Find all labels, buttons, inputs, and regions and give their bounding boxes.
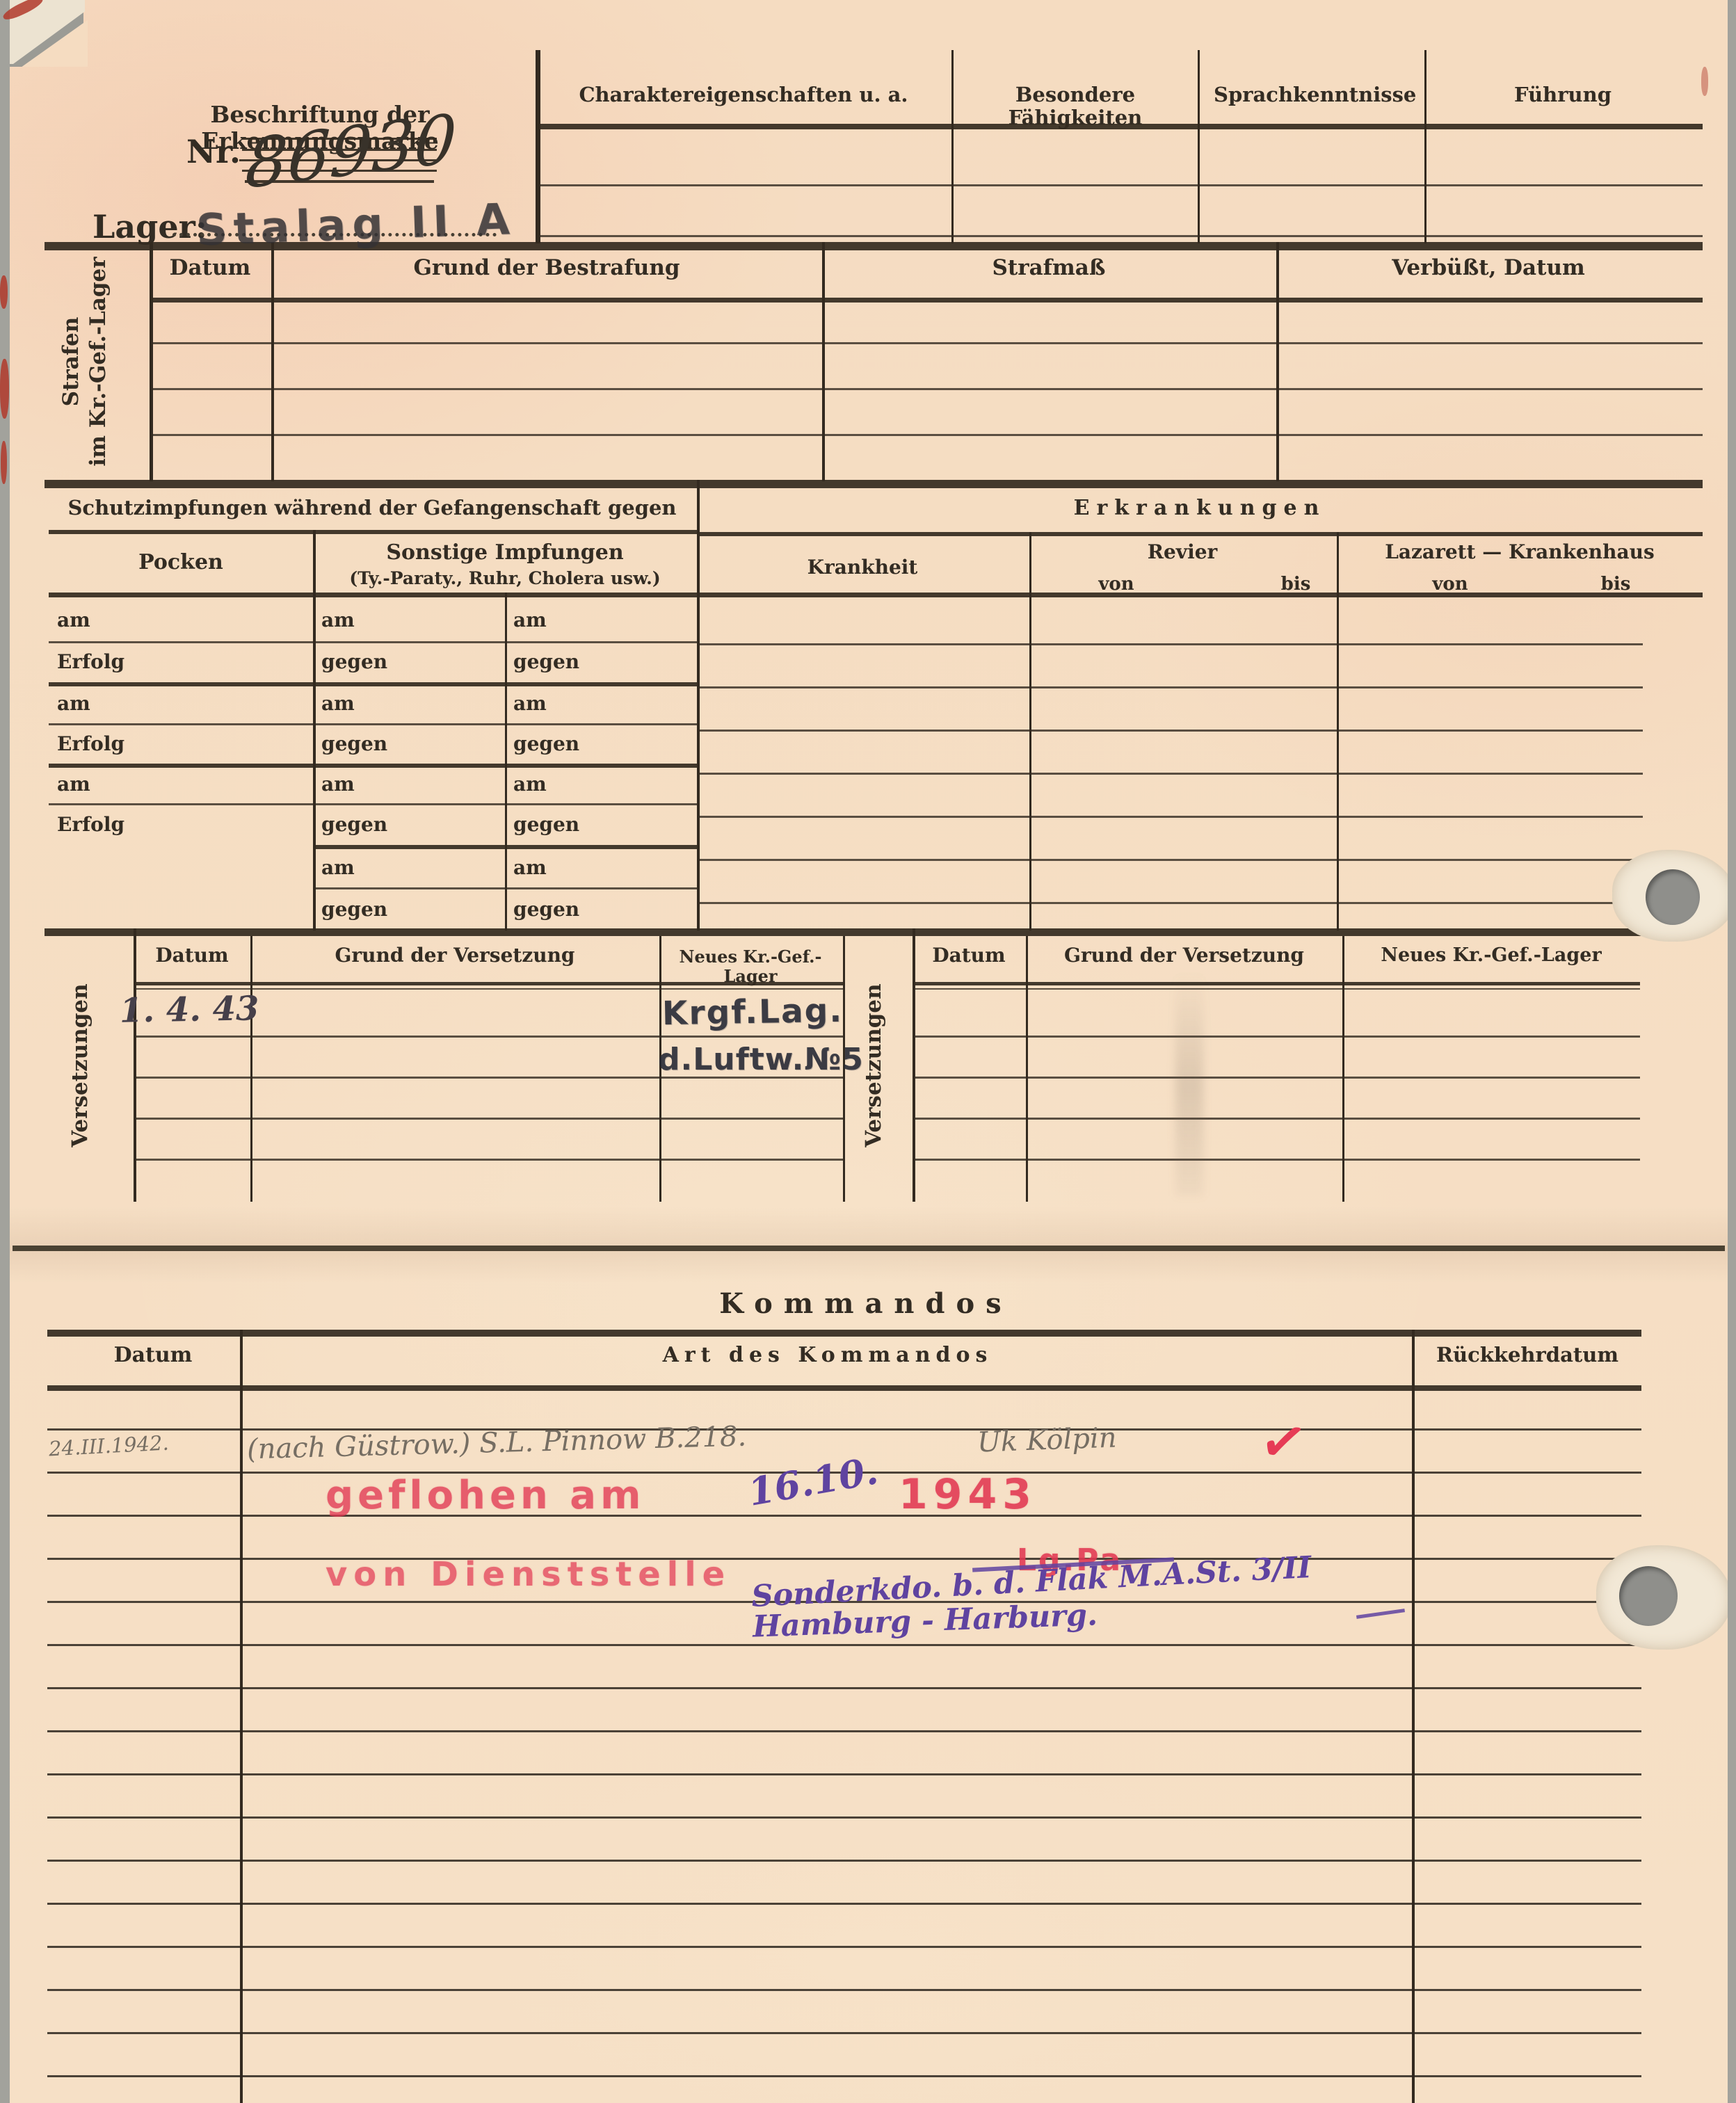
transfers-left-divider [250, 936, 252, 1202]
vaccinations-header-divider [313, 530, 316, 593]
transfers-right-col-reason: Grund der Versetzung [1029, 944, 1339, 967]
vacc-label: am [57, 693, 90, 715]
vacc-label: Erfolg [57, 814, 124, 836]
vacc-label: Erfolg [57, 651, 124, 673]
vacc-label: am [57, 773, 90, 796]
idtag-nr-label: Nr. [186, 134, 241, 170]
transfer-entry-stamp-line2: d.Luftw.№5 [658, 1042, 864, 1077]
punishments-divider [271, 242, 274, 481]
transfers-left-row-line [134, 1118, 844, 1120]
punishments-row-line [150, 434, 1703, 436]
transfers-right-divider [1342, 936, 1344, 1202]
punishments-col-measure: Strafmaß [840, 256, 1257, 281]
illnesses-col-illness: Krankheit [730, 556, 995, 579]
vacc-label: gegen [513, 733, 579, 755]
vacc-row-line-thick [313, 845, 697, 849]
transfers-left-header-rule [134, 982, 844, 985]
illnesses-col-ward: Revier [1078, 541, 1287, 563]
illness-row-line [697, 643, 1643, 645]
transfer-entry-stamp-line1: Krgf.Lag. [662, 992, 844, 1033]
vacc-label: am [321, 773, 355, 796]
punishments-divider [822, 242, 825, 481]
illness-row-line [697, 902, 1643, 904]
red-edge-mark [1, 441, 7, 484]
kommandos-col-date: Datum [70, 1344, 236, 1368]
subheader-rule [49, 593, 1703, 597]
vacc-row-line-thick [49, 682, 697, 686]
transfers-right-header-rule [913, 982, 1640, 985]
transfers-right-header-rule2 [913, 988, 1640, 990]
transfers-left-row-line [134, 1036, 844, 1038]
illness-row-line [697, 773, 1643, 775]
transfers-right-row-line [913, 1077, 1640, 1079]
punishments-row-line [150, 388, 1703, 390]
punishments-col-date: Datum [151, 256, 269, 281]
hole-punch [1646, 869, 1700, 925]
punishments-side-label: Strafen im Kr.-Gef.-Lager [58, 243, 120, 480]
vacc-label: gegen [321, 814, 387, 836]
vaccinations-col-pox: Pocken [83, 551, 278, 575]
transfers-right-border [913, 928, 915, 1202]
escape-year-stamp: 1943 [899, 1470, 1037, 1519]
side-label-line2: im Kr.-Gef.-Lager [86, 257, 111, 466]
assessment-divider [1424, 50, 1426, 243]
illness-row-line [697, 816, 1643, 818]
transfers-right-col-camp: Neues Kr.-Gef.-Lager [1345, 944, 1637, 966]
transfers-right-row-line [913, 1036, 1640, 1038]
scanner-edge-right [1728, 0, 1736, 2103]
assessment-header-rule [536, 124, 1703, 129]
transfers-right-row-line [913, 1159, 1640, 1161]
vacc-label: gegen [321, 651, 387, 673]
red-edge-mark [1701, 67, 1708, 96]
assessment-col-conduct: Führung [1440, 83, 1686, 106]
vacc-label: am [321, 609, 355, 631]
punishments-col-reason: Grund der Bestrafung [338, 256, 755, 281]
vaccinations-title: Schutzimpfungen während der Gefangenscha… [63, 497, 682, 519]
assessment-divider [951, 50, 954, 243]
assessment-col-languages: Sprachkenntnisse [1214, 83, 1410, 106]
vacc-row-line [49, 641, 697, 643]
card-fold-line [13, 1246, 1725, 1251]
assessment-divider [1198, 50, 1200, 243]
pow-personnel-card: Beschriftung der Erkennungsmarke Nr. 869… [0, 0, 1736, 2103]
punishments-header-rule [150, 298, 1703, 303]
transfers-left-side-label: Versetzungen [67, 954, 109, 1177]
scanner-edge-left [0, 0, 10, 2103]
assessment-row-line [536, 184, 1703, 186]
illness-row-line [697, 859, 1643, 861]
fold-shadow [0, 1207, 1736, 1283]
lager-label: Lager: [93, 209, 207, 245]
smudge [1175, 974, 1203, 1196]
transfers-left-col-date: Datum [136, 944, 248, 967]
transfer-entry-date: 1. 4. 43 [120, 989, 259, 1030]
hole-punch [1619, 1566, 1678, 1626]
vacc-label: am [513, 773, 547, 796]
vaccinations-col-other: Sonstige Impfungen [320, 541, 690, 565]
section-border [45, 480, 1703, 488]
vacc-row-line-thick [49, 764, 697, 768]
transfers-right-col-date: Datum [915, 944, 1023, 967]
punishments-divider [1276, 242, 1279, 481]
transfers-right-row-line [913, 1118, 1640, 1120]
vacc-label: Erfolg [57, 733, 124, 755]
vacc-label: am [321, 857, 355, 879]
illnesses-col-hospital: Lazarett — Krankenhaus [1363, 541, 1676, 563]
illness-row-line [697, 730, 1643, 732]
kommandos-top-border [47, 1330, 1641, 1337]
transfers-left-border [134, 928, 136, 1202]
illnesses-title: Erkrankungen [974, 497, 1426, 521]
halves-divider [697, 480, 700, 930]
vaccinations-col-other-sub: (Ty.-Paraty., Ruhr, Cholera usw.) [320, 569, 690, 589]
kommandos-col-type: Art des Kommandos [598, 1344, 1057, 1368]
transfers-left-col-camp: Neues Kr.-Gef.-Lager [661, 947, 840, 985]
kommandos-col-return: Rückkehrdatum [1419, 1344, 1636, 1367]
escape-stamp: geflohen am [325, 1473, 645, 1518]
vacc-label: am [321, 693, 355, 715]
vaccinations-title-rule [49, 530, 697, 534]
transfers-left-row-line [134, 1159, 844, 1161]
vacc-label: am [513, 693, 547, 715]
kommando-entry-text2: Uk Kölpin [976, 1422, 1117, 1459]
assessment-col-character: Charaktereigenschaften u. a. [549, 83, 938, 106]
vacc-label: am [513, 609, 547, 631]
illnesses-title-rule [697, 532, 1703, 536]
red-edge-mark [0, 275, 8, 309]
unit-stamp: von Dienststelle [325, 1555, 731, 1594]
vacc-label: gegen [321, 733, 387, 755]
transfers-right-side-label: Versetzungen [861, 954, 903, 1177]
vacc-row-line [49, 803, 697, 805]
kommandos-title: Kommandos [640, 1288, 1092, 1320]
assessment-row-line [536, 235, 1703, 237]
side-label-line1: Strafen [58, 317, 83, 407]
punishments-row-line [150, 342, 1703, 344]
assessment-col-abilities: Besondere Fähigkeiten [967, 83, 1184, 130]
illness-row-line [697, 686, 1643, 688]
red-edge-mark [0, 359, 9, 419]
section-border [45, 928, 1703, 936]
vacc-label: gegen [321, 899, 387, 921]
transfers-right-divider [1026, 936, 1028, 1202]
vacc-label: gegen [513, 899, 579, 921]
transfers-left-col-reason: Grund der Versetzung [281, 944, 629, 967]
punishments-left-border [150, 242, 153, 481]
assessment-left-border [536, 50, 540, 243]
vacc-label: gegen [513, 814, 579, 836]
vacc-row-line [313, 887, 697, 889]
vacc-label: am [57, 609, 90, 631]
vacc-row-line [49, 723, 697, 725]
vacc-label: gegen [513, 651, 579, 673]
punishments-col-served: Verbüßt, Datum [1280, 256, 1697, 281]
vacc-label: am [513, 857, 547, 879]
